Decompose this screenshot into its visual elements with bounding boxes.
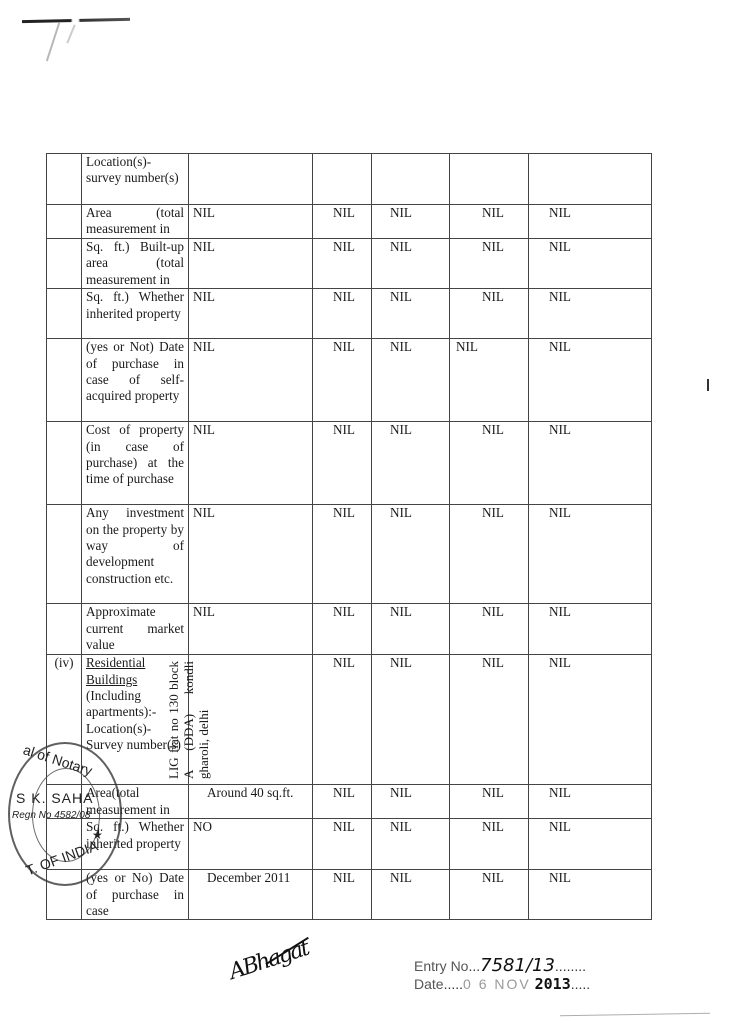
cell-value: NIL xyxy=(450,339,529,422)
cell-value: NIL xyxy=(529,205,652,239)
entry-stamp: Entry No...7581/13........ Date.....0 6 … xyxy=(414,957,590,993)
table-row: Cost of property (in case of purchase) a… xyxy=(47,422,652,505)
row-index xyxy=(47,205,82,239)
cell-value: NIL xyxy=(450,239,529,289)
cell-value: NIL xyxy=(450,870,529,920)
scan-artifact-line xyxy=(560,1013,710,1017)
cell-value xyxy=(529,154,652,205)
cell-value: NIL xyxy=(450,422,529,505)
cell-value xyxy=(372,154,450,205)
row-label: Any investment on the property by way of… xyxy=(82,505,189,604)
cell-value: NIL xyxy=(313,505,372,604)
row-label: Location(s)-survey number(s) xyxy=(82,154,189,205)
row-index xyxy=(47,289,82,339)
cell-value: NO xyxy=(189,819,313,870)
cell-value: Around 40 sq.ft. xyxy=(189,785,313,819)
section-heading: Residential Buildings xyxy=(86,655,145,686)
entry-date-line: Date.....0 6 NOV 2013..... xyxy=(414,975,590,993)
cell-value: NIL xyxy=(372,422,450,505)
cell-value: NIL xyxy=(372,505,450,604)
scan-artifact-mark xyxy=(707,379,709,391)
cell-value xyxy=(313,154,372,205)
cell-value: NIL xyxy=(450,655,529,785)
scan-artifact-line xyxy=(22,18,130,23)
cell-value: NIL xyxy=(313,604,372,655)
cell-value: NIL xyxy=(529,239,652,289)
cell-value: NIL xyxy=(450,604,529,655)
row-label: Sq. ft.) Whether inherited property xyxy=(82,819,189,870)
rotated-address-text: LIG flat no 130 block A (DDA) kondli gha… xyxy=(166,661,211,779)
cell-value: NIL xyxy=(189,289,313,339)
row-index xyxy=(47,604,82,655)
cell-value: NIL xyxy=(189,205,313,239)
cell-value: NIL xyxy=(372,239,450,289)
cell-value-rotated: LIG flat no 130 block A (DDA) kondli gha… xyxy=(189,655,313,785)
cell-value: NIL xyxy=(313,819,372,870)
table-row: Location(s)-survey number(s) xyxy=(47,154,652,205)
cell-value: NIL xyxy=(529,870,652,920)
dotted-leader: ........ xyxy=(555,958,586,974)
cell-value: NIL xyxy=(189,505,313,604)
cell-value: December 2011 xyxy=(189,870,313,920)
table-row: Sq. ft.) Whether inherited property NIL … xyxy=(47,289,652,339)
dotted-leader: ..... xyxy=(571,976,590,992)
row-label: (yes or No) Date of purchase in case xyxy=(82,870,189,920)
notary-stamp-reg: Regn No 4582/08 xyxy=(12,810,90,821)
cell-value: NIL xyxy=(372,339,450,422)
cell-value xyxy=(189,154,313,205)
cell-value: NIL xyxy=(189,422,313,505)
star-icon: ★ xyxy=(92,828,103,843)
row-label: Sq. ft.) Built-up area (total measuremen… xyxy=(82,239,189,289)
cell-value: NIL xyxy=(529,422,652,505)
cell-value: NIL xyxy=(450,785,529,819)
entry-number-line: Entry No...7581/13........ xyxy=(414,957,590,975)
table-row: Sq. ft.) Whether inherited property NO N… xyxy=(47,819,652,870)
table-row: Approximate current market value NIL NIL… xyxy=(47,604,652,655)
cell-value: NIL xyxy=(313,785,372,819)
row-label: Approximate current market value xyxy=(82,604,189,655)
cell-value: NIL xyxy=(372,289,450,339)
notary-stamp-name: S K. SAHA xyxy=(16,790,93,806)
cell-value: NIL xyxy=(313,339,372,422)
entry-label: Entry No xyxy=(414,958,468,974)
table-row: (yes or Not) Date of purchase in case of… xyxy=(47,339,652,422)
cell-value: NIL xyxy=(450,505,529,604)
property-details-table: Location(s)-survey number(s) Area (total… xyxy=(46,153,652,920)
row-label: Cost of property (in case of purchase) a… xyxy=(82,422,189,505)
cell-value: NIL xyxy=(313,289,372,339)
cell-value: NIL xyxy=(372,785,450,819)
cell-value: NIL xyxy=(372,870,450,920)
table-row: Area (total measurement in NIL NIL NIL N… xyxy=(47,205,652,239)
cell-value: NIL xyxy=(450,205,529,239)
cell-value: NIL xyxy=(313,655,372,785)
cell-value: NIL xyxy=(529,505,652,604)
cell-value: NIL xyxy=(529,339,652,422)
date-stamp: 0 6 NOV xyxy=(463,976,531,992)
cell-value: NIL xyxy=(529,785,652,819)
row-label: (yes or Not) Date of purchase in case of… xyxy=(82,339,189,422)
cell-value: NIL xyxy=(189,604,313,655)
cell-value: NIL xyxy=(189,239,313,289)
cell-value: NIL xyxy=(529,289,652,339)
row-index xyxy=(47,505,82,604)
cell-value: NIL xyxy=(372,604,450,655)
scan-artifact-slash xyxy=(46,23,60,62)
cell-value: NIL xyxy=(313,205,372,239)
table-row: Sq. ft.) Built-up area (total measuremen… xyxy=(47,239,652,289)
row-label: Area (total measurement in xyxy=(82,205,189,239)
entry-number: 7581/13 xyxy=(480,955,555,976)
cell-value: NIL xyxy=(313,239,372,289)
row-index xyxy=(47,154,82,205)
cell-value: NIL xyxy=(529,655,652,785)
table-row: Area(total measurement in Around 40 sq.f… xyxy=(47,785,652,819)
cell-value: NIL xyxy=(372,655,450,785)
cell-value: NIL xyxy=(529,819,652,870)
row-index xyxy=(47,239,82,289)
cell-value: NIL xyxy=(189,339,313,422)
cell-value: NIL xyxy=(450,819,529,870)
cell-value: NIL xyxy=(372,819,450,870)
cell-value: NIL xyxy=(313,870,372,920)
cell-value: NIL xyxy=(450,289,529,339)
table-row: (yes or No) Date of purchase in case Dec… xyxy=(47,870,652,920)
table-row: Any investment on the property by way of… xyxy=(47,505,652,604)
date-label: Date xyxy=(414,976,444,992)
date-year: 2013 xyxy=(535,975,571,993)
dotted-leader: ... xyxy=(468,958,480,974)
row-index xyxy=(47,339,82,422)
scan-artifact-slash xyxy=(66,24,75,43)
cell-value xyxy=(450,154,529,205)
row-index xyxy=(47,422,82,505)
row-label: Sq. ft.) Whether inherited property xyxy=(82,289,189,339)
cell-value: NIL xyxy=(372,205,450,239)
cell-value: NIL xyxy=(529,604,652,655)
dotted-leader: ..... xyxy=(444,976,463,992)
row-index xyxy=(47,870,82,920)
cell-value: NIL xyxy=(313,422,372,505)
table-row: (iv) Residential Buildings (Including ap… xyxy=(47,655,652,785)
row-label: Area(total measurement in xyxy=(82,785,189,819)
